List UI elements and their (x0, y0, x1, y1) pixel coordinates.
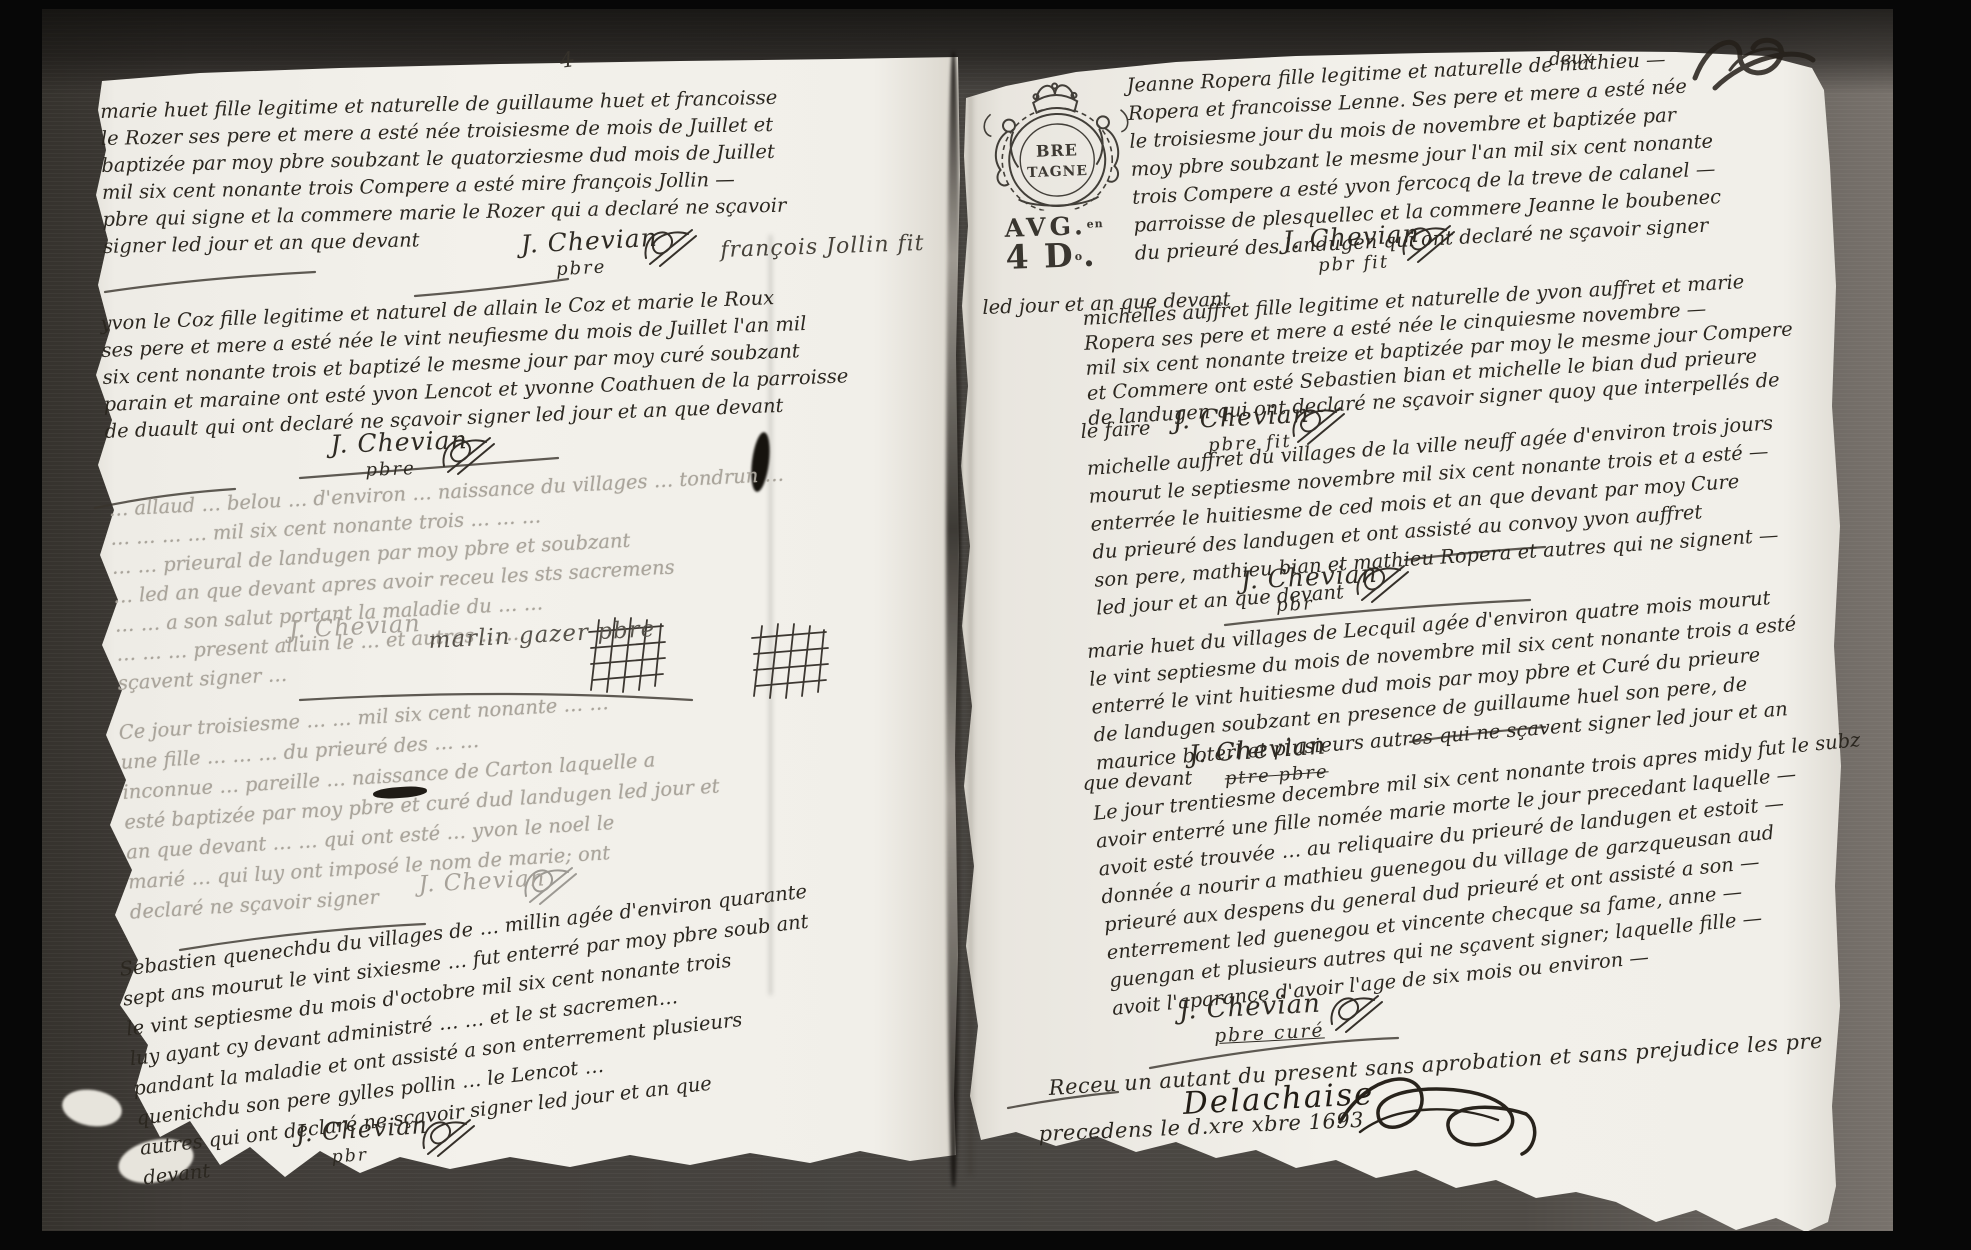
signature-name: J. Chevian (1178, 989, 1322, 1026)
coat-of-arms-icon: BRE TAGNE (959, 69, 1154, 214)
baptism-record-jeanne-ropera: Jeanne Ropera fille legitime et naturell… (1126, 43, 1723, 267)
priest-signature: J. Chevian pbr (1240, 559, 1380, 618)
scan-border (0, 0, 1971, 9)
signature-name: J. Chevian (1172, 399, 1310, 435)
faded-record: … allaud … belou … d'environ … naissance… (108, 460, 794, 698)
scan-border (0, 0, 42, 1250)
signature-name: J. Chevian (1240, 559, 1378, 595)
signature-name: J. Chevian (1282, 219, 1420, 255)
signature-name: J. Chevian (520, 223, 658, 259)
stamp-shield-line2: TAGNE (1027, 163, 1088, 181)
priest-signature: J. Chevian pbr (295, 1111, 430, 1170)
scan-border (0, 1231, 1971, 1250)
scan-border (1893, 0, 1971, 1250)
priest-signature: J. Chevian pbre (330, 425, 469, 482)
stamp-duty-value: 4 D (1005, 235, 1075, 276)
priest-signature: J. Chevian pbre (520, 223, 660, 282)
signature-name: J. Chevian (330, 425, 468, 459)
manuscript-scan: BRE TAGNE AVG.en 4 Do. (0, 0, 1971, 1250)
binding-gutter (946, 52, 961, 1187)
priest-signature: J. Chevian pbr fit (1282, 219, 1422, 278)
stamp-duty-label-sup: en (1086, 217, 1103, 231)
baptism-record-yvon-le-coz: yvon le Coz fille legitime et naturel de… (100, 281, 850, 445)
stamp-shield-line1: BRE (1036, 140, 1079, 160)
record-closing-line: le faire (1080, 416, 1151, 443)
priest-signature: J. Chevian pbre curé (1178, 988, 1325, 1048)
baptism-record-marie-huet: marie huet fille legitime et naturelle d… (100, 84, 787, 260)
